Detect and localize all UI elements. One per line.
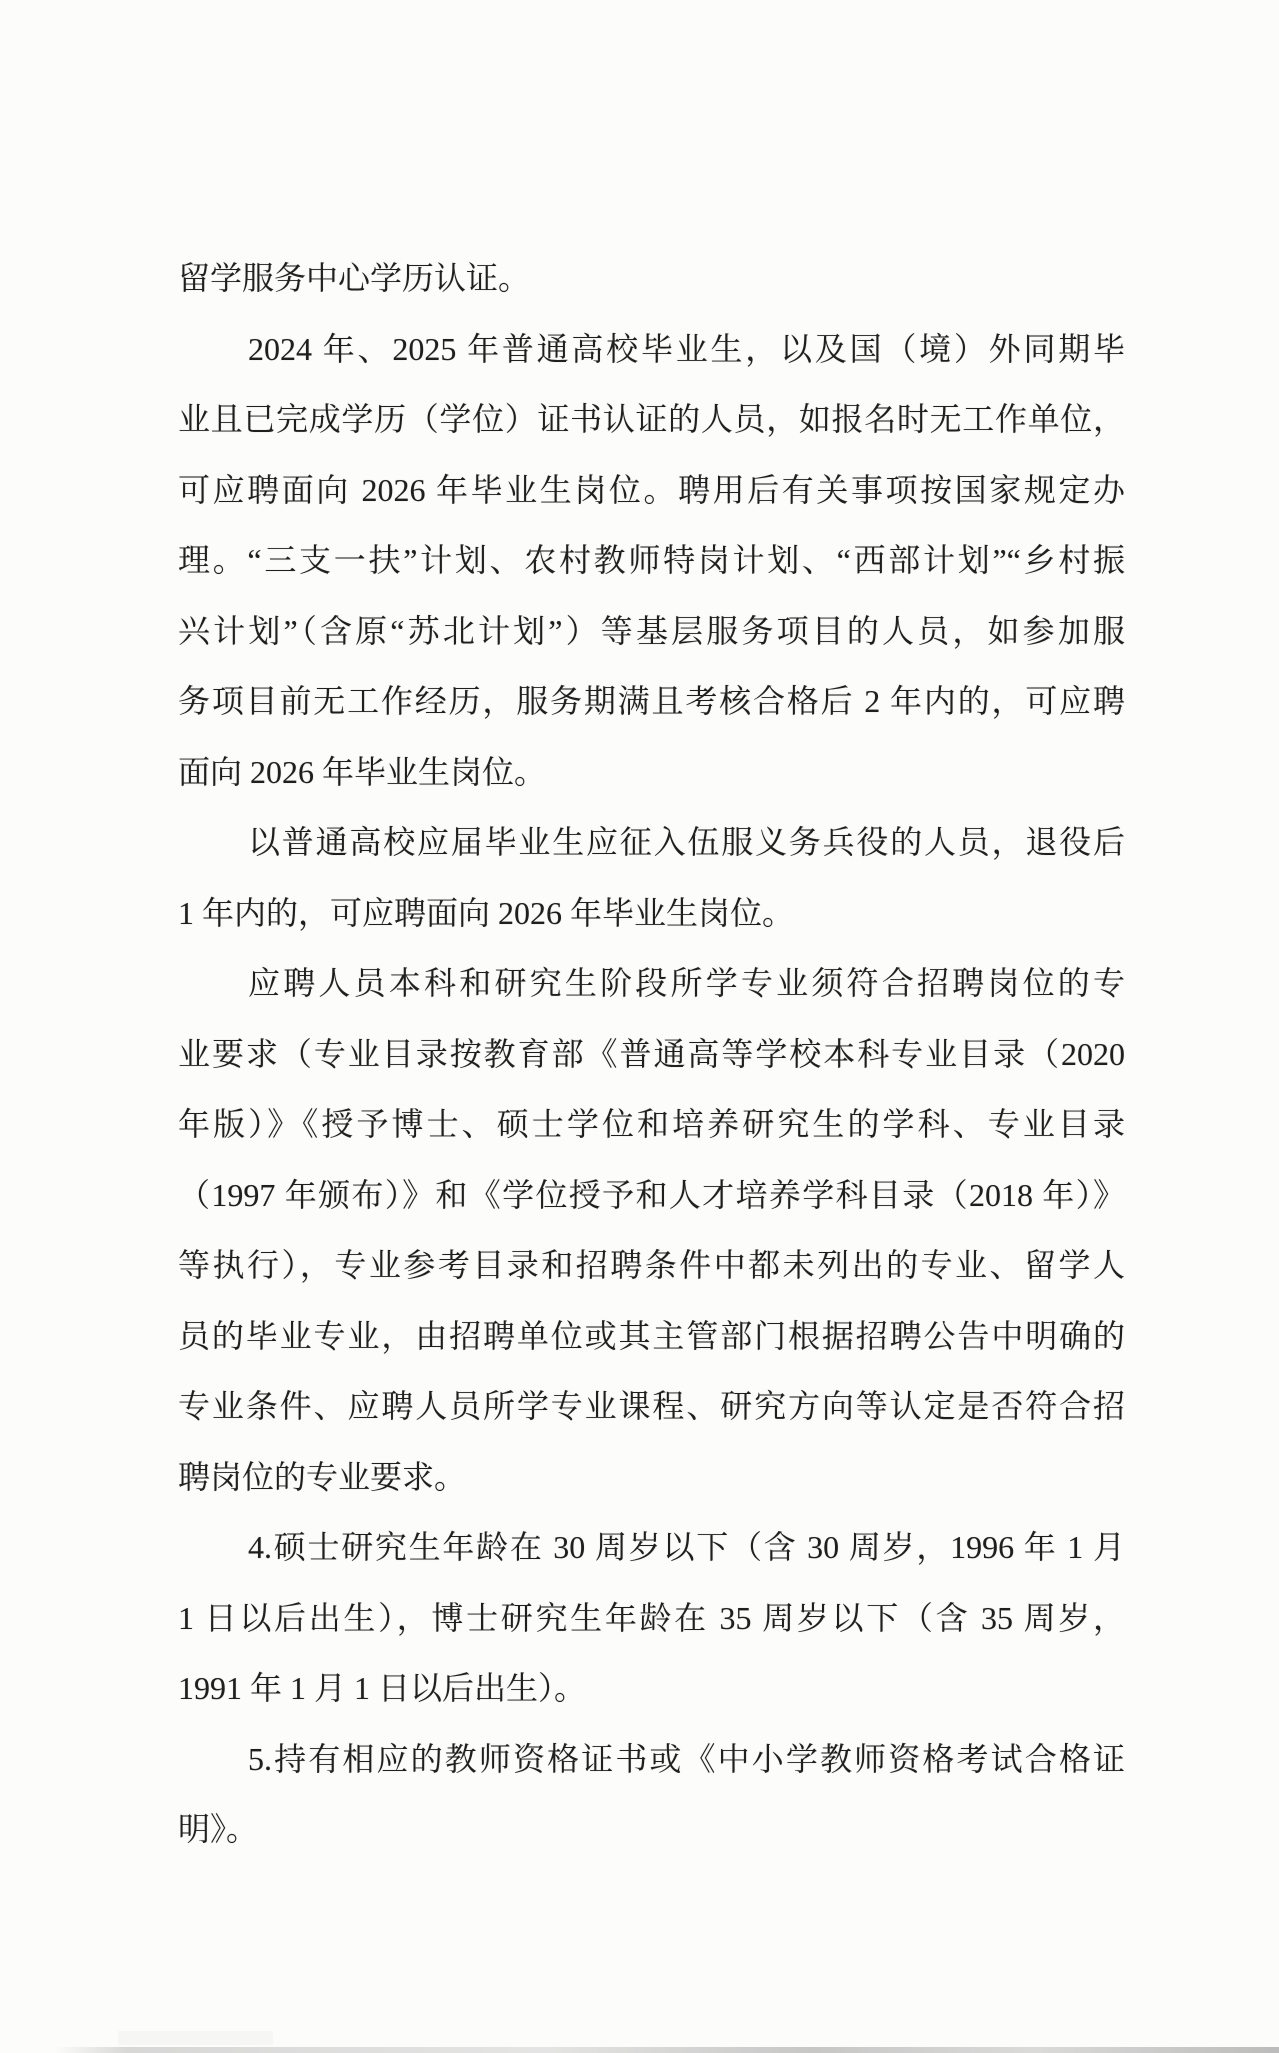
- text-line: 等执行），专业参考目录和招聘条件中都未列出的专业、留学人: [178, 1230, 1125, 1301]
- text-line: 员的毕业专业，由招聘单位或其主管部门根据招聘公告中明确的: [178, 1301, 1125, 1372]
- text-line: 以普通高校应届毕业生应征入伍服义务兵役的人员，退役后: [178, 807, 1125, 878]
- text-line: 4.硕士研究生年龄在 30 周岁以下（含 30 周岁，1996 年 1 月: [178, 1512, 1125, 1583]
- text-line: 可应聘面向 2026 年毕业生岗位。聘用后有关事项按国家规定办: [178, 455, 1125, 526]
- text-line: 年版）》《授予博士、硕士学位和培养研究生的学科、专业目录: [178, 1089, 1125, 1160]
- text-line: 理。“三支一扶”计划、农村教师特岗计划、“西部计划”“乡村振: [178, 525, 1125, 596]
- text-line: 聘岗位的专业要求。: [178, 1442, 1125, 1513]
- text-line: 面向 2026 年毕业生岗位。: [178, 737, 1125, 808]
- text-line: 1991 年 1 月 1 日以后出生）。: [178, 1653, 1125, 1724]
- document-text-block: 留学服务中心学历认证。 2024 年、2025 年普通高校毕业生，以及国（境）外…: [178, 243, 1125, 1865]
- text-line: 1 日以后出生），博士研究生年龄在 35 周岁以下（含 35 周岁，: [178, 1583, 1125, 1654]
- text-line: 明》。: [178, 1794, 1125, 1865]
- text-line: 务项目前无工作经历，服务期满且考核合格后 2 年内的，可应聘: [178, 666, 1125, 737]
- scanned-document-page: 留学服务中心学历认证。 2024 年、2025 年普通高校毕业生，以及国（境）外…: [0, 0, 1279, 2053]
- text-line: （1997 年颁布）》和《学位授予和人才培养学科目录（2018 年）》: [178, 1160, 1125, 1231]
- text-line: 5.持有相应的教师资格证书或《中小学教师资格考试合格证: [178, 1724, 1125, 1795]
- scan-smudge-artifact: [118, 2031, 273, 2045]
- scan-edge-artifact: [55, 2047, 1279, 2053]
- text-line: 1 年内的，可应聘面向 2026 年毕业生岗位。: [178, 878, 1125, 949]
- text-line: 2024 年、2025 年普通高校毕业生，以及国（境）外同期毕: [178, 314, 1125, 385]
- text-line: 留学服务中心学历认证。: [178, 243, 1125, 314]
- text-line: 业要求（专业目录按教育部《普通高等学校本科专业目录（2020: [178, 1019, 1125, 1090]
- text-line: 应聘人员本科和研究生阶段所学专业须符合招聘岗位的专: [178, 948, 1125, 1019]
- text-line: 兴计划”（含原“苏北计划”）等基层服务项目的人员，如参加服: [178, 596, 1125, 667]
- text-line: 专业条件、应聘人员所学专业课程、研究方向等认定是否符合招: [178, 1371, 1125, 1442]
- text-line: 业且已完成学历（学位）证书认证的人员，如报名时无工作单位，: [178, 384, 1125, 455]
